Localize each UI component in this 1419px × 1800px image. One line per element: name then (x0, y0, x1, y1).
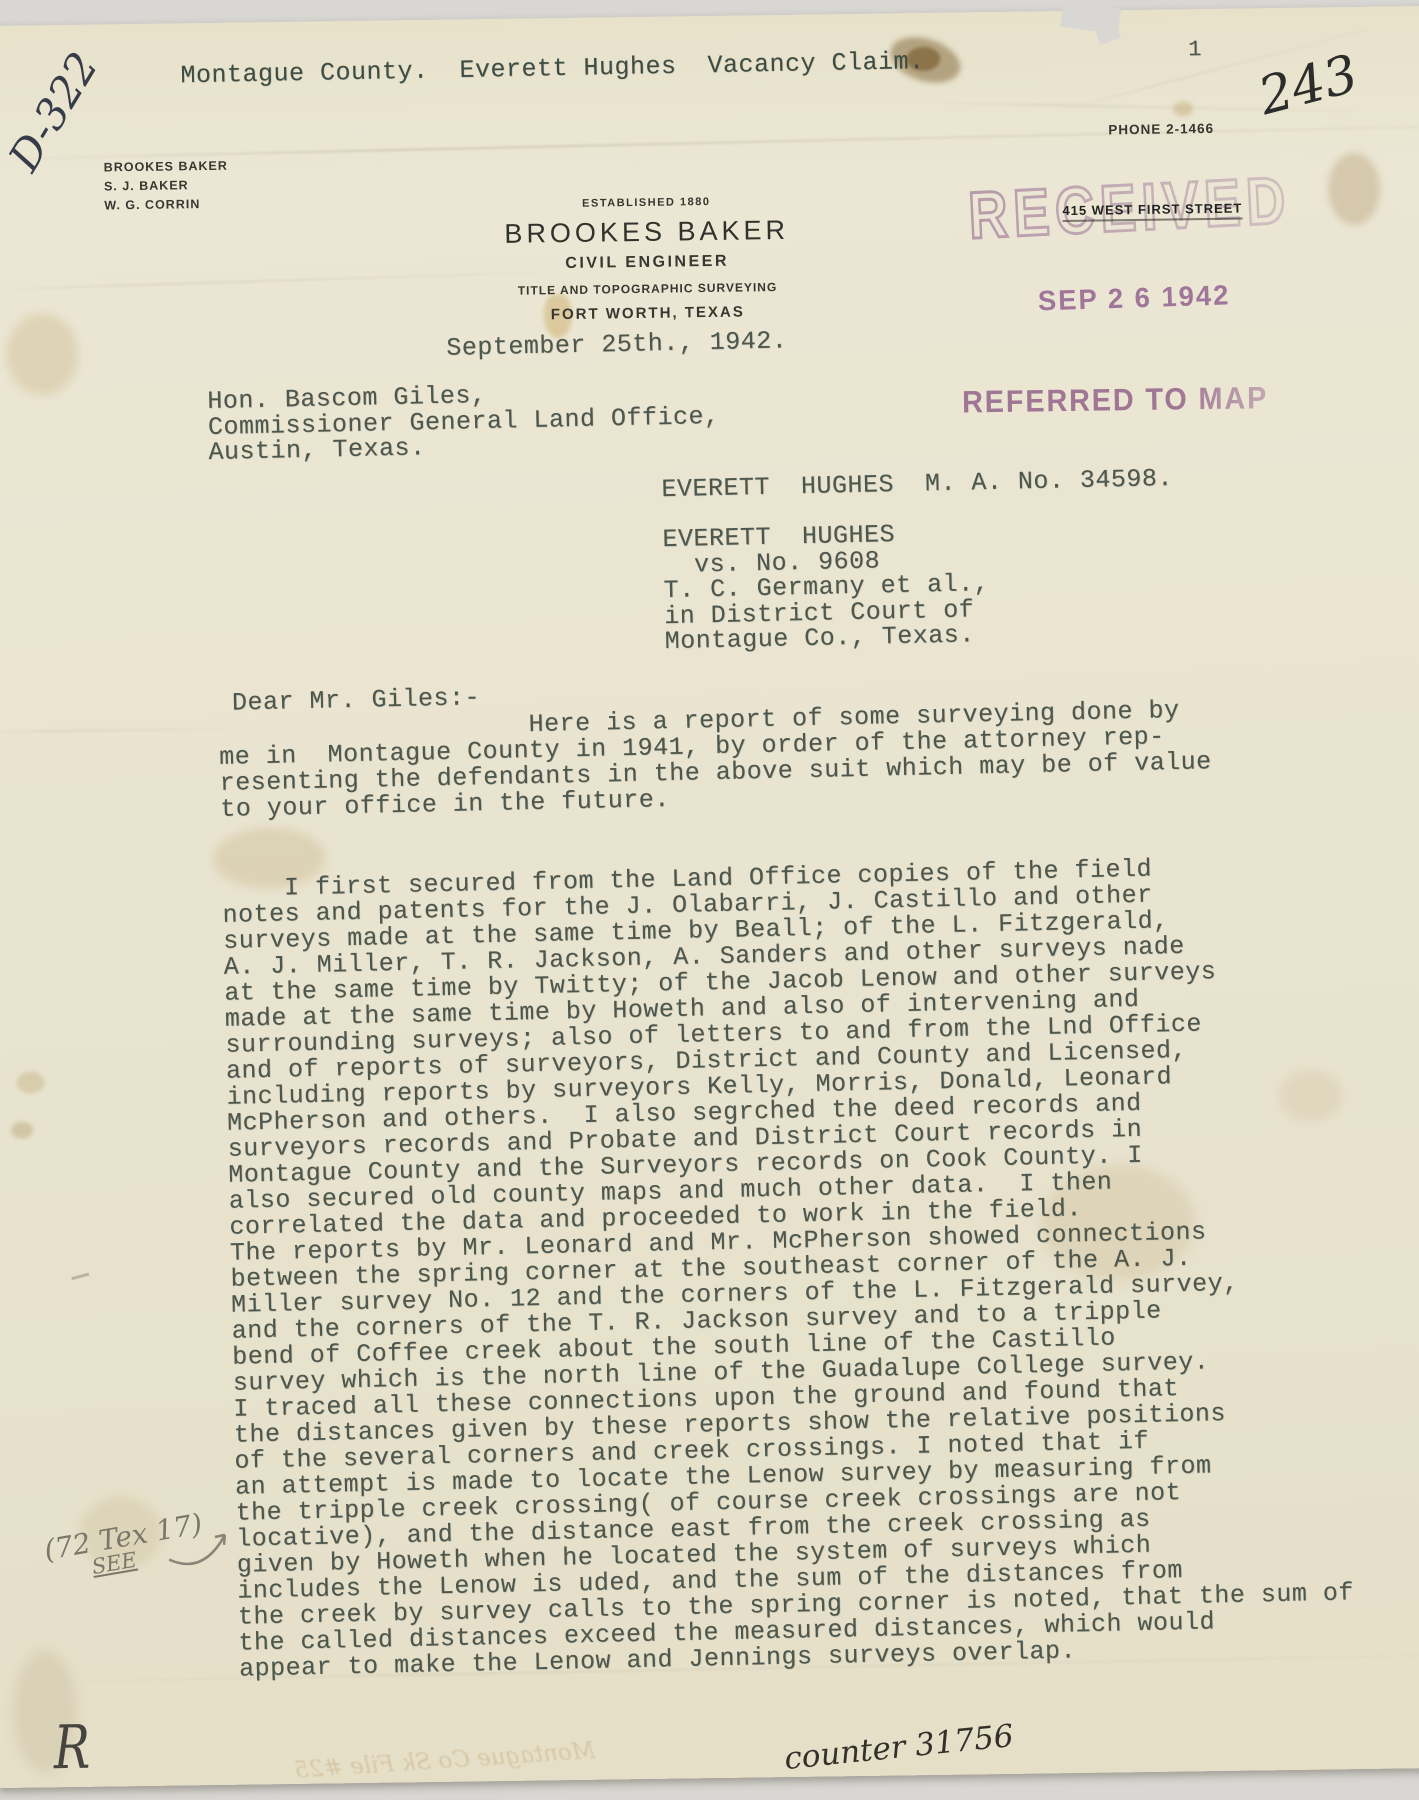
letter-paper: D-322 Montague County. Everett Hughes Va… (0, 6, 1419, 1788)
bottom-left-mark: R (53, 1713, 90, 1783)
recipient-address: Hon. Bascom Giles, Commissioner General … (207, 378, 720, 466)
case-reference-line: EVERETT HUGHES M. A. No. 34598. (661, 466, 1173, 503)
letter-date: September 25th., 1942. (446, 328, 788, 361)
margin-note-arrow (163, 1509, 244, 1574)
case-style-block: EVERETT HUGHES vs. No. 9608 T. C. German… (662, 520, 990, 655)
paragraph-1: Here is a report of some surveying done … (218, 697, 1212, 823)
scanned-letter-page: { "document": { "archival": { "corner_ma… (0, 0, 1419, 1800)
paragraph-2: I first secured from the Land Office cop… (222, 852, 1356, 1682)
